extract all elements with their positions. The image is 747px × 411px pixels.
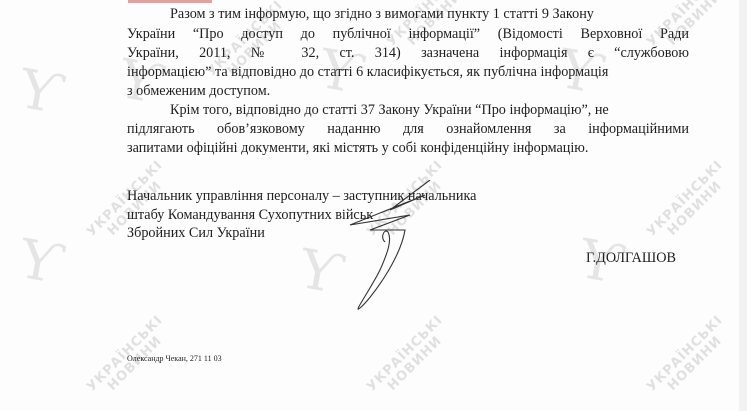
red-stamp-mark — [128, 0, 212, 3]
text-line: Разом з тим інформую, що згідно з вимога… — [170, 5, 594, 23]
text-line: Крім того, відповідно до статті 37 Закон… — [170, 101, 609, 119]
text-line: з обмеженим доступом. — [127, 82, 270, 100]
text-line: України “Про доступ до публічної інформа… — [127, 25, 689, 43]
page-edge — [739, 0, 747, 411]
signer-name: Г.ДОЛГАШОВ — [586, 249, 676, 267]
executor-note: Олександр Чекан, 271 11 03 — [127, 350, 222, 368]
signer-position-line: Збройних Сил України — [127, 224, 265, 242]
handwritten-signature-icon — [330, 180, 450, 320]
text-line: запитами офіційні документи, які містять… — [127, 139, 588, 157]
text-line: інформацією” та відповідно до статті 6 к… — [127, 63, 608, 81]
text-line: України, 2011, № 32, ст. 314) зазначена … — [127, 44, 689, 62]
scanned-document-page: Ƴ УКРАЇНСЬКІНОВИНИ Ƴ Ƴ Ƴ Ƴ Ƴ Ƴ УКРАЇНСЬК… — [0, 0, 747, 411]
text-line: підлягають обов’язковому наданню для озн… — [127, 120, 689, 138]
